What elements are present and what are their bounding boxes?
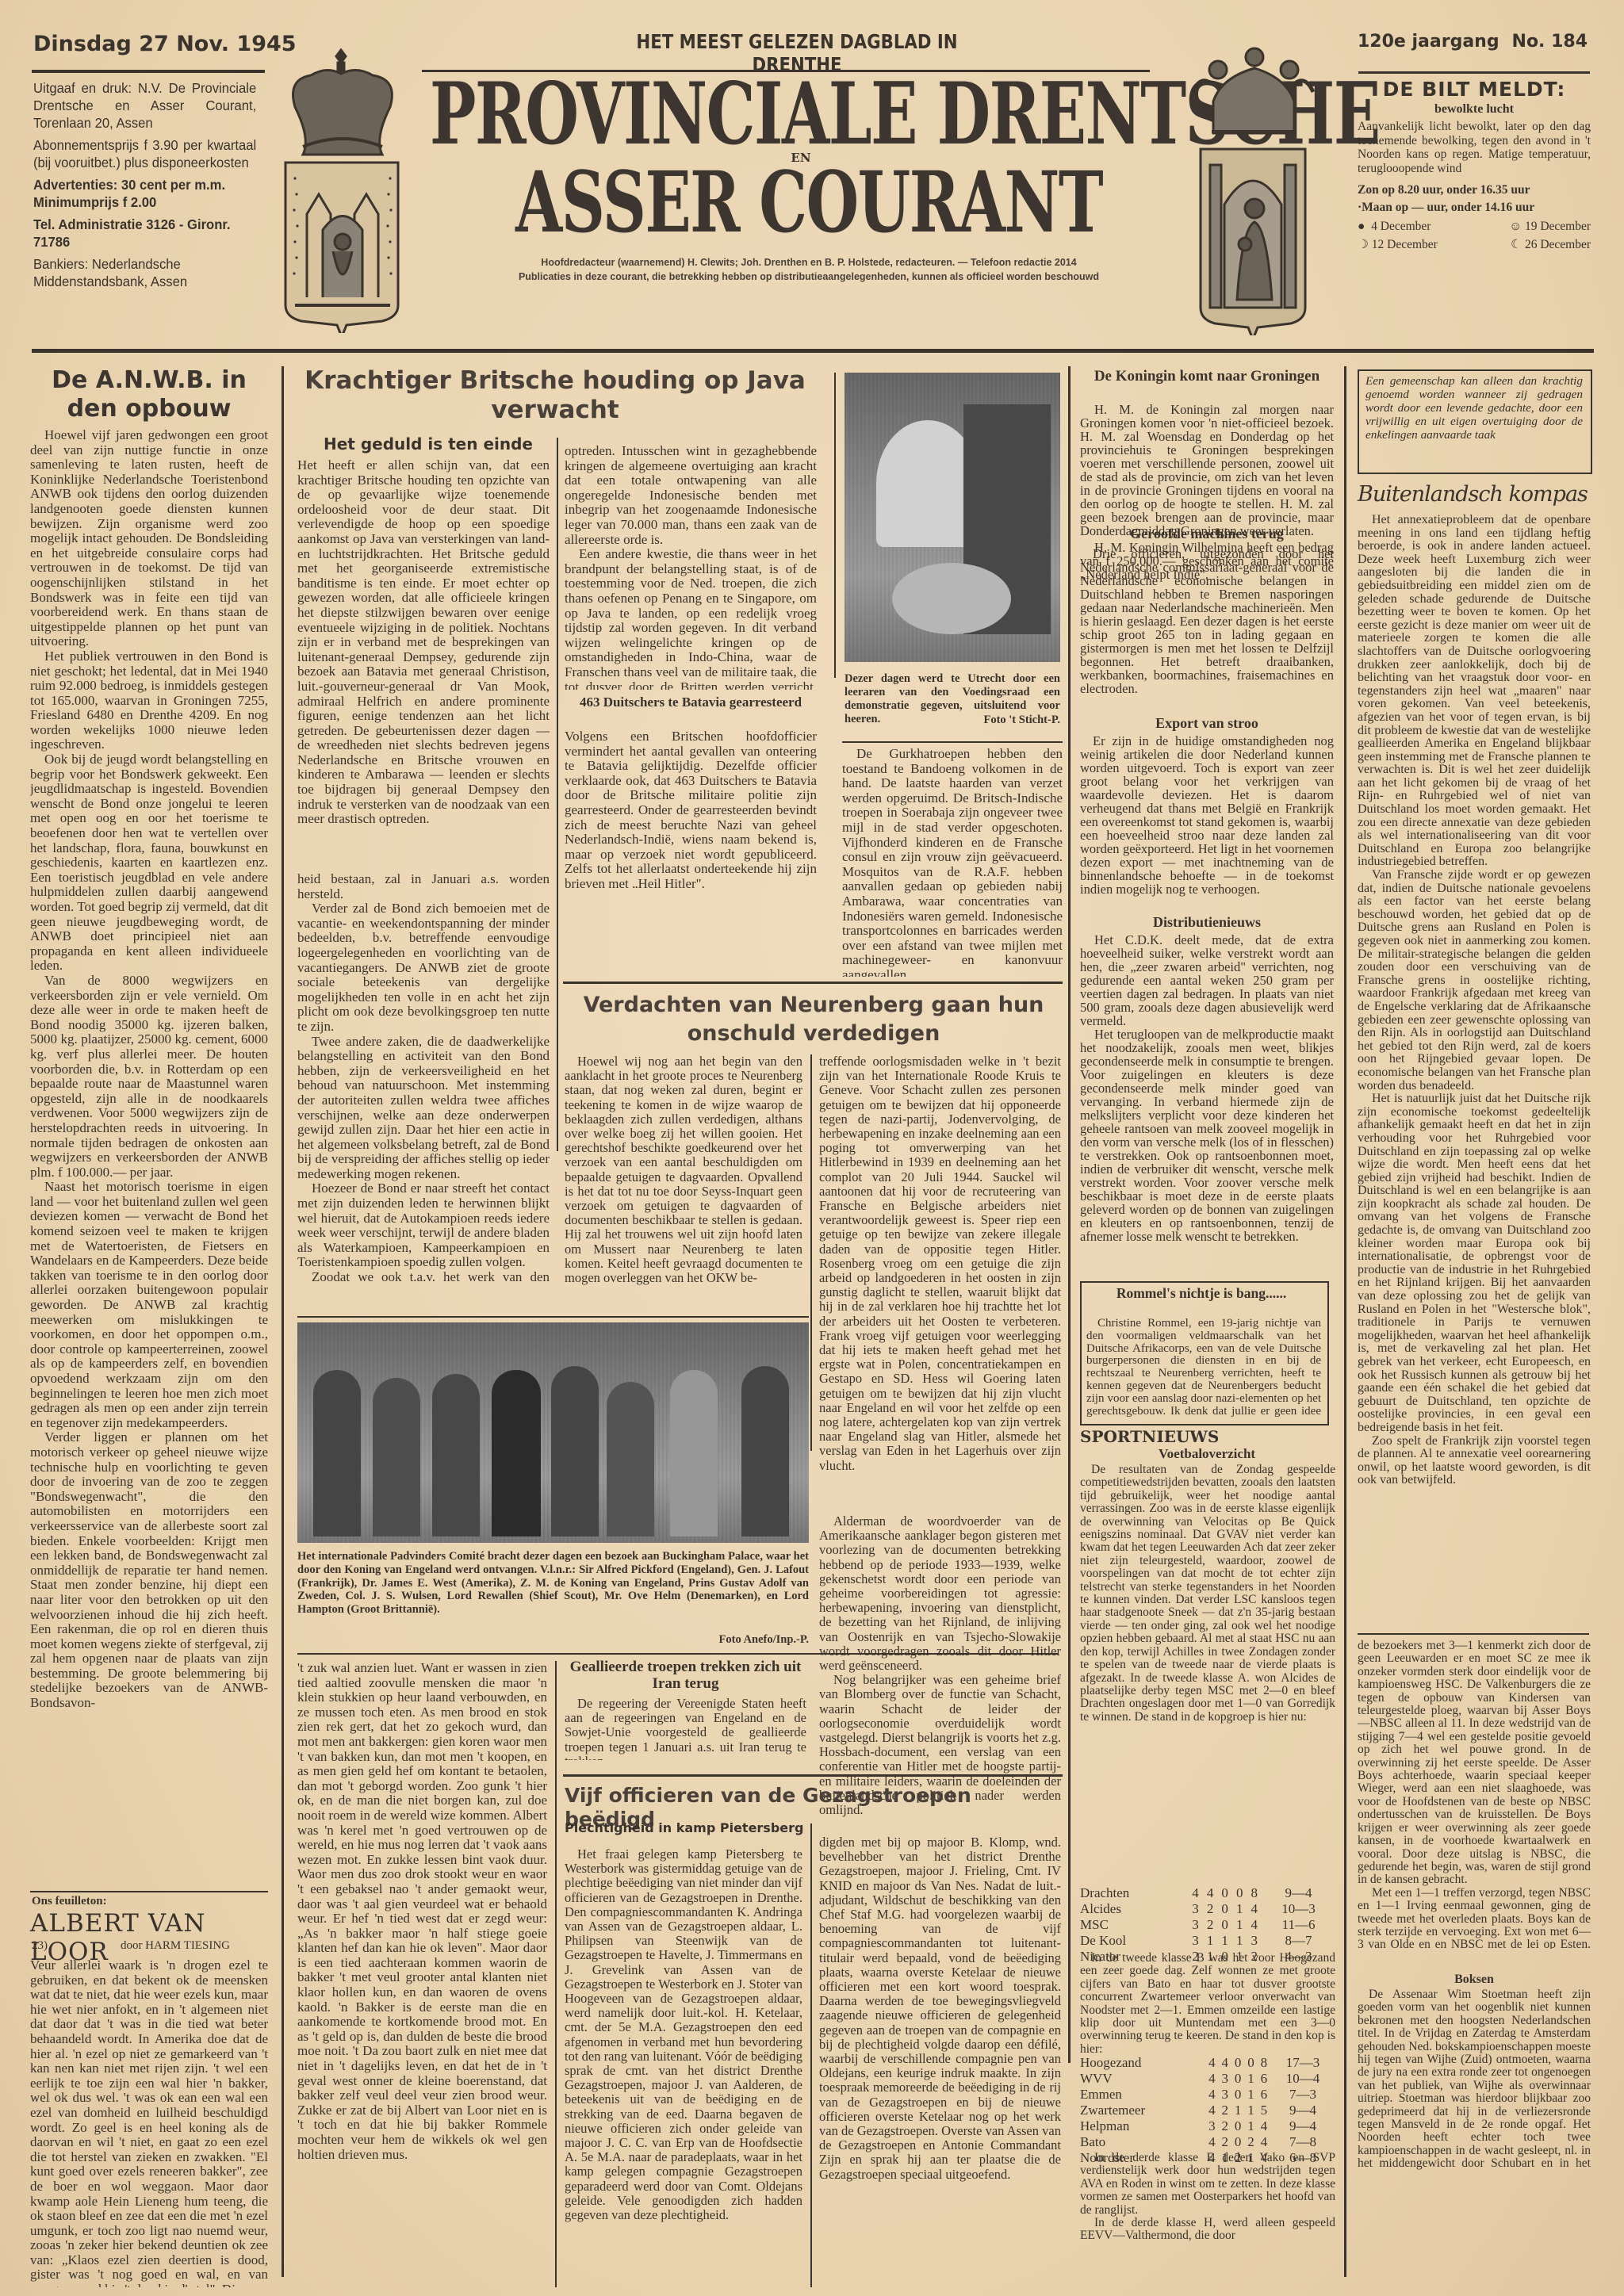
batavia-article: Volgens een Britschen hoofdofficier verm… bbox=[565, 729, 817, 888]
full-moon-icon: ☺ bbox=[1509, 220, 1522, 233]
sport-continued: de bezoekers met 3—1 kenmerkt zich door … bbox=[1358, 1640, 1591, 1949]
rommel-headline: Rommel's nichtje is bang...... bbox=[1110, 1286, 1293, 1301]
iran-headline: Geallieerde troepen trekken zich uit Ira… bbox=[565, 1659, 806, 1692]
stroo-headline: Export van stroo bbox=[1080, 715, 1334, 732]
padvinders-photo bbox=[297, 1322, 809, 1543]
drenthe-coat-of-arms-icon bbox=[279, 44, 406, 333]
weather-forecast: Aanvankelijk licht bewolkt, later op den… bbox=[1358, 120, 1591, 175]
java-col1: Het heeft er allen schijn van, dat een k… bbox=[297, 458, 550, 871]
neurenberg-col1: Hoewel wij nog aan het begin van den aan… bbox=[565, 1054, 802, 1296]
volume-number: 120e jaargang No. 184 bbox=[1358, 32, 1588, 52]
voedingsraad-credit: Foto 't Sticht-P. bbox=[845, 714, 1060, 727]
feuilleton-col2: 't zuk wal anzien luet. Want er wassen i… bbox=[297, 1661, 547, 2287]
weather-subheading: bewolkte lucht bbox=[1358, 102, 1591, 117]
standings-row: De Kool311138—7 bbox=[1080, 1933, 1335, 1949]
quote-text: Een gemeenschap kan alleen dan krachtig … bbox=[1365, 374, 1583, 442]
moon-phase-1: ● 4 December bbox=[1358, 220, 1474, 234]
subscription-price: Abonnementsprijs f 3.90 per kwartaal (bi… bbox=[33, 136, 256, 171]
moon-phase-3: ☽ 12 December bbox=[1358, 237, 1474, 252]
newspaper-page: Dinsdag 27 Nov. 1945 Uitgaaf en druk: N.… bbox=[0, 0, 1624, 2296]
anwb-headline: De A.N.W.B. in den opbouw bbox=[30, 366, 268, 423]
new-moon-icon: ● bbox=[1358, 220, 1365, 233]
sport-section-heading: SPORTNIEUWS bbox=[1080, 1427, 1219, 1446]
iran-article: De regeering der Vereenigde Staten heeft… bbox=[565, 1697, 806, 1760]
publisher-address: Uitgaaf en druk: N.V. De Provinciale Dre… bbox=[33, 79, 256, 132]
stroo-article: Er zijn in de huidige omstandigheden nog… bbox=[1080, 734, 1334, 910]
boksen-headline: Boksen bbox=[1358, 1973, 1591, 1987]
neurenberg-headline: Verdachten van Neurenberg gaan hun onsch… bbox=[565, 991, 1063, 1048]
machines-article: Drie officieren, uitgezonden door het Ne… bbox=[1080, 547, 1334, 714]
officieren-col2: digden met bij op majoor B. Klomp, wnd. … bbox=[819, 1835, 1061, 2287]
voetbal-headline: Voetbaloverzicht bbox=[1080, 1446, 1334, 1462]
java-col2: optreden. Intusschen wint in gezaghebben… bbox=[565, 444, 817, 690]
standings-row: Helpman320149—4 bbox=[1080, 2118, 1335, 2134]
issue-number: No. 184 bbox=[1512, 32, 1588, 52]
feuilleton-col1: Veur allerlei waark is 'n drogen ezel te… bbox=[30, 1958, 268, 2287]
koningin-headline: De Koningin komt naar Groningen bbox=[1080, 369, 1334, 385]
neurenberg-col3: Alderman de woordvoerder van de Amerikaa… bbox=[819, 1514, 1061, 1827]
issue-date: Dinsdag 27 Nov. 1945 bbox=[33, 32, 297, 56]
boksen-article: De Assenaar Wim Stoetman heeft zijn goed… bbox=[1358, 1988, 1591, 2171]
padvinders-credit: Foto Anefo/Inp.-P. bbox=[297, 1633, 809, 1647]
masthead-title-line2: ASSER COURANT bbox=[515, 155, 1086, 250]
officieren-col1: Het fraai gelegen kamp Pietersberg te We… bbox=[565, 1847, 802, 2287]
assen-coat-of-arms-icon bbox=[1189, 46, 1316, 335]
first-quarter-moon-icon: ☽ bbox=[1358, 238, 1369, 251]
anwb-continued: heid bestaan, zal in Januari a.s. worden… bbox=[297, 872, 550, 1284]
masthead-title-line1: PROVINCIALE DRENTSCHE bbox=[430, 67, 1172, 162]
kompas-article: Het annexatieprobleem dat de openbare me… bbox=[1358, 514, 1591, 1758]
neurenberg-col2: treffende oorlogsmisdaden welke in 't be… bbox=[819, 1054, 1061, 1514]
publisher-info: Uitgaaf en druk: N.V. De Provinciale Dre… bbox=[33, 79, 256, 290]
editors-line: Hoofdredacteur (waarnemend) H. Clewits; … bbox=[444, 257, 1174, 268]
standings-row: Zwartemeer421159—4 bbox=[1080, 2103, 1335, 2118]
rommel-article: Christine Rommel, een 19-jarig nichtje v… bbox=[1086, 1318, 1321, 1418]
voedingsraad-photo bbox=[845, 373, 1060, 662]
feuilleton-label: Ons feuilleton: bbox=[32, 1895, 107, 1908]
standings-row: Emmen430167—3 bbox=[1080, 2087, 1335, 2103]
moon-times: ·Maan op — uur, onder 14.16 uur bbox=[1358, 201, 1591, 215]
advert-price: Advertenties: 30 cent per m.m. Minimumpr… bbox=[33, 176, 256, 211]
moon-phase-2: ☺ 19 December bbox=[1474, 220, 1591, 234]
weather-report: DE BILT MELDT: bewolkte lucht Aanvankeli… bbox=[1358, 78, 1591, 252]
feuilleton-author: door HARM TIESING bbox=[121, 1939, 230, 1953]
machines-headline: Geroofde machines terug bbox=[1080, 526, 1334, 542]
weather-heading: DE BILT MELDT: bbox=[1358, 78, 1591, 101]
gurkha-article: De Gurkhatroepen hebben den toestand te … bbox=[842, 747, 1063, 977]
volume: 120e jaargang bbox=[1358, 32, 1500, 52]
batavia-subheadline: 463 Duitschers te Batavia gearresteerd bbox=[565, 695, 817, 710]
standings-row: Drachten440089—4 bbox=[1080, 1885, 1335, 1901]
distributie-article: Het C.D.K. deelt mede, dat de extra hoev… bbox=[1080, 933, 1334, 1282]
padvinders-caption: Het internationale Padvinders Comité bra… bbox=[297, 1550, 809, 1617]
voetbal-mid: In de tweede klasse B was het voor Hooge… bbox=[1080, 1952, 1335, 2053]
official-notice: Publicaties in deze courant, die betrekk… bbox=[444, 271, 1174, 282]
standings-row: WVV4301610—4 bbox=[1080, 2071, 1335, 2087]
standings-row: Alcides3201410—3 bbox=[1080, 1901, 1335, 1917]
kompas-headline: Buitenlandsch kompas bbox=[1358, 482, 1588, 507]
phone-giro: Tel. Administratie 3126 - Gironr. 71786 bbox=[33, 216, 256, 251]
feuilleton-byline: 23) door HARM TIESING bbox=[32, 1939, 270, 1953]
officieren-subhead: Plechtigheid in kamp Pietersberg bbox=[565, 1820, 806, 1835]
sun-times: Zon op 8.20 uur, onder 16.35 uur bbox=[1358, 183, 1591, 197]
bankers: Bankiers: Nederlandsche Middenstandsbank… bbox=[33, 255, 256, 290]
standings-row: Bato420247—8 bbox=[1080, 2134, 1335, 2150]
java-headline: Krachtiger Britsche houding op Java verw… bbox=[301, 366, 809, 425]
moon-phase-4: ☾ 26 December bbox=[1474, 237, 1591, 252]
distributie-headline: Distributienieuws bbox=[1080, 914, 1334, 931]
moon-phases: ● 4 December ☺ 19 December ☽ 12 December… bbox=[1358, 220, 1591, 252]
last-quarter-moon-icon: ☾ bbox=[1511, 238, 1522, 251]
voetbal-intro: De resultaten van de Zondag gespeelde co… bbox=[1080, 1464, 1335, 1881]
feuilleton-number: 23) bbox=[32, 1939, 48, 1953]
anwb-article: Hoewel vijf jaren gedwongen een groot de… bbox=[30, 428, 268, 1888]
standings-row: MSC3201411—6 bbox=[1080, 1917, 1335, 1933]
voetbal-outro: In de derde klasse E deden Vako en SVP v… bbox=[1080, 2152, 1335, 2247]
standings-row: Hoogezand4400817—3 bbox=[1080, 2055, 1335, 2071]
standings-table-2b: Hoogezand4400817—3WVV4301610—4Emmen43016… bbox=[1080, 2055, 1335, 2166]
java-subhead: Het geduld is ten einde bbox=[301, 434, 555, 453]
